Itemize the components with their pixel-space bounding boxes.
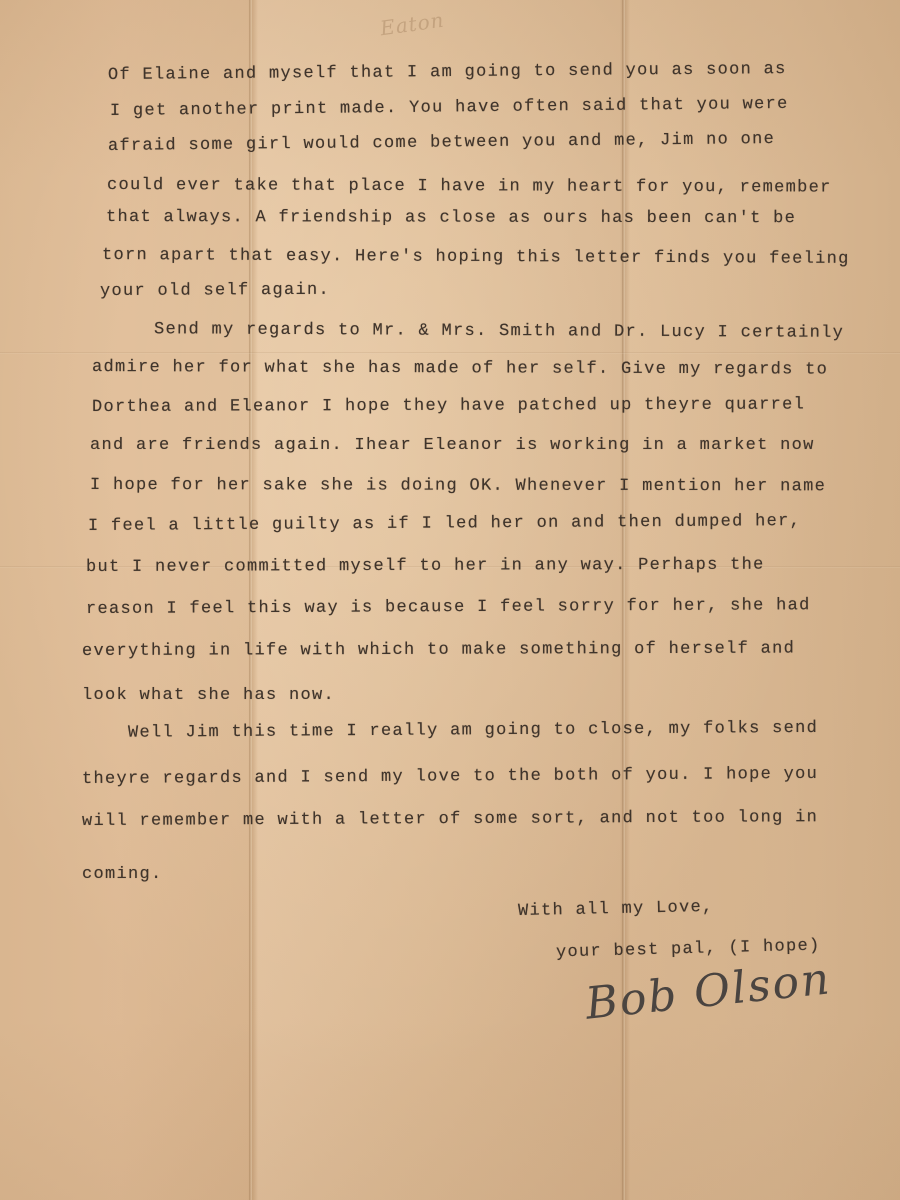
letter-line: that always. A friendship as close as ou… [106, 208, 796, 228]
letter-line: Of Elaine and myself that I am going to … [108, 60, 787, 85]
letter-line: theyre regards and I send my love to the… [82, 765, 818, 789]
letter-line: look what she has now. [82, 686, 335, 705]
letter-line: everything in life with which to make so… [82, 640, 795, 661]
handwritten-signature: Bob Olson [583, 953, 834, 1029]
letter-line: and are friends again. Ihear Eleanor is … [90, 436, 815, 455]
letter-line: coming. [82, 865, 163, 884]
letter-line: will remember me with a letter of some s… [82, 808, 818, 831]
valediction: With all my Love, [518, 898, 714, 921]
letter-line: Send my regards to Mr. & Mrs. Smith and … [108, 320, 844, 343]
letter-line: I feel a little guilty as if I led her o… [88, 512, 801, 536]
letter-line: torn apart that easy. Here's hoping this… [102, 246, 850, 269]
letter-body: Of Elaine and myself that I am going to … [0, 0, 900, 1200]
letter-line: afraid some girl would come between you … [108, 130, 775, 156]
letter-line: Well Jim this time I really am going to … [82, 719, 818, 743]
letter-line: I hope for her sake she is doing OK. Whe… [90, 476, 826, 496]
letter-line: admire her for what she has made of her … [92, 358, 828, 380]
letter-line: could ever take that place I have in my … [107, 176, 832, 198]
letter-line: reason I feel this way is because I feel… [86, 596, 811, 619]
letter-line: your old self again. [100, 281, 330, 301]
letter-line: I get another print made. You have often… [110, 95, 789, 121]
letter-line: Dorthea and Eleanor I hope they have pat… [92, 396, 805, 417]
letter-line: but I never committed myself to her in a… [86, 556, 765, 577]
